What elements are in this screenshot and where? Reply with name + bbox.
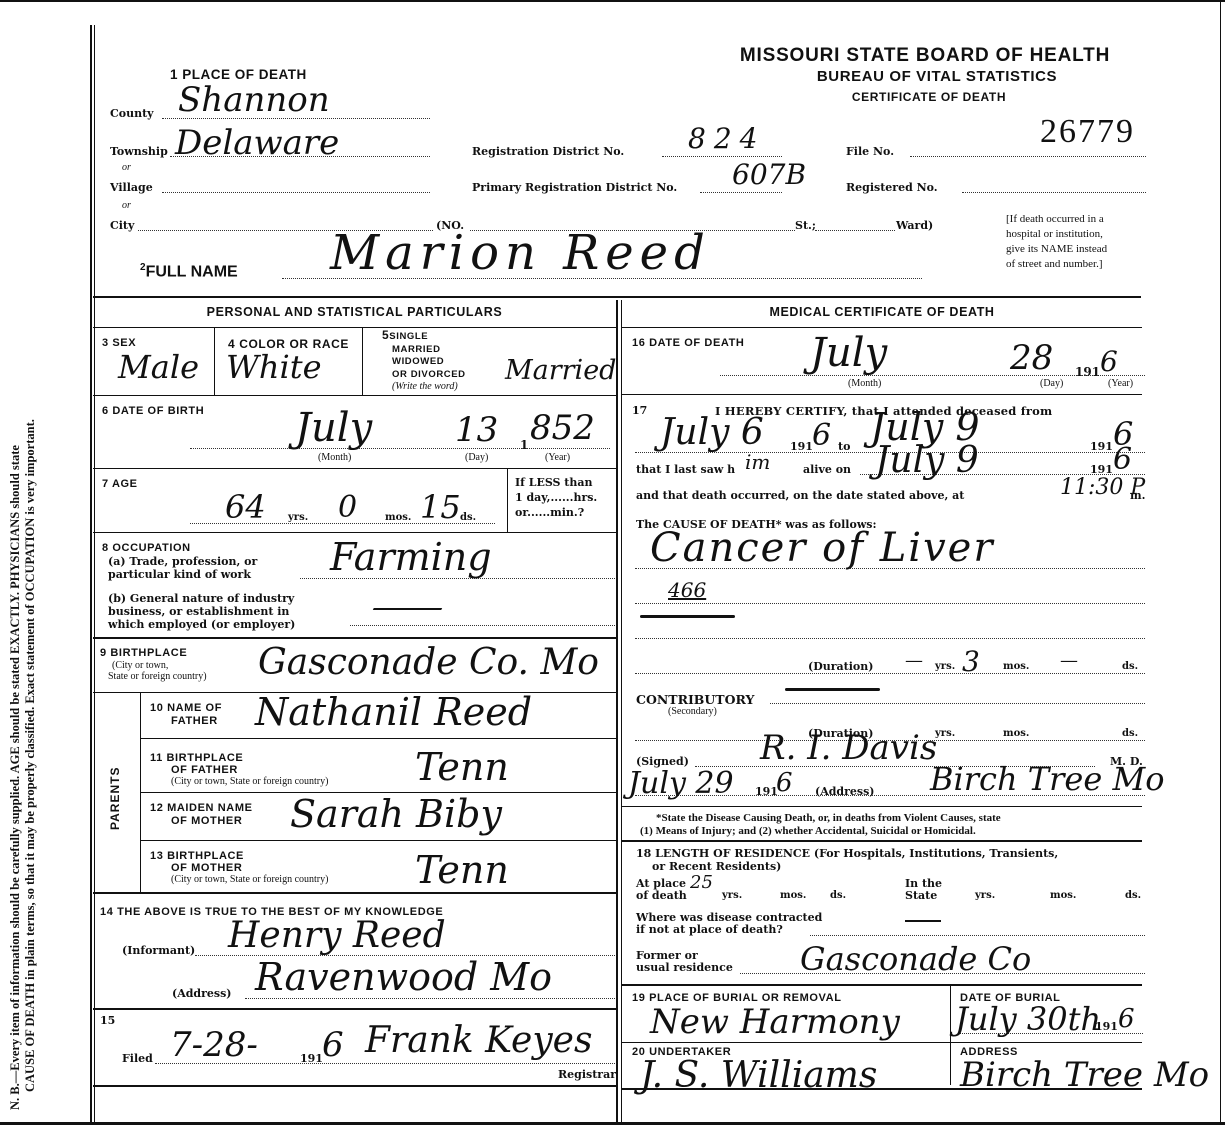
village-label: Village: [110, 181, 153, 194]
residence-label: 18 LENGTH OF RESIDENCE (For Hospitals, I…: [636, 847, 1058, 860]
mother-name-value: Sarah Biby: [290, 792, 502, 836]
primary-reg-line: [700, 192, 782, 193]
township-value: Delaware: [175, 123, 339, 163]
occ-b-line: (b) General nature of industry: [108, 592, 295, 605]
filed-label: Filed: [122, 1052, 153, 1065]
marital-option: SINGLE: [389, 331, 428, 342]
day-hint: (Day): [1040, 378, 1063, 389]
occ-b-line: which employed (or employer): [108, 618, 295, 631]
signed-year-prefix: 191: [755, 785, 778, 798]
marital-status-options: 5SINGLE MARRIED WIDOWED OR DIVORCED (Wri…: [382, 329, 466, 394]
rule: [622, 1042, 1142, 1043]
personal-section-title: PERSONAL AND STATISTICAL PARTICULARS: [93, 305, 616, 319]
ds-label: ds.: [1122, 661, 1138, 672]
registered-no-line: [962, 192, 1146, 193]
mother-birthplace-value: Tenn: [415, 848, 509, 892]
hospital-note-line: of street and number.]: [1006, 257, 1148, 272]
rule: [622, 1088, 1142, 1090]
or-label-1: or: [122, 162, 131, 173]
birthplace-label: 9 BIRTHPLACE: [100, 647, 187, 659]
left-border: [90, 25, 92, 1125]
occupation-b-value: —: [370, 590, 445, 625]
ds-label: ds.: [1125, 890, 1141, 901]
former-line: usual residence: [636, 962, 733, 974]
rule: [140, 840, 616, 841]
ds-label: ds.: [830, 890, 846, 901]
attended-from-year-prefix: 191: [790, 440, 813, 453]
dod-year-prefix: 191: [1075, 365, 1100, 379]
burial-year: 6: [1118, 1004, 1135, 1034]
registration-district-label: Registration District No.: [472, 145, 624, 158]
document-title: CERTIFICATE OF DEATH: [700, 90, 1150, 104]
attended-from-date: July 6: [660, 412, 764, 453]
last-saw-year: 6: [1113, 442, 1132, 477]
marital-option: OR DIVORCED: [382, 369, 466, 382]
mos-label: mos.: [780, 890, 806, 901]
mother-birthplace-label: 13 BIRTHPLACE OF MOTHER (City or town, S…: [150, 850, 328, 886]
race-value: White: [226, 348, 322, 386]
yrs-label: yrs.: [722, 890, 742, 901]
rule: [507, 468, 508, 532]
filed-year: 6: [322, 1025, 344, 1065]
sex-value: Male: [118, 348, 199, 386]
signed-year: 6: [776, 768, 793, 798]
residence-label-2: or Recent Residents): [652, 860, 781, 873]
footnote-line: *State the Disease Causing Death, or, in…: [640, 812, 1001, 825]
rule: [93, 395, 616, 396]
occ-a-line: particular kind of work: [108, 568, 257, 581]
registrar-signature: Frank Keyes: [365, 1020, 592, 1061]
dob-label: 6 DATE OF BIRTH: [102, 405, 204, 417]
full-name-value: Marion Reed: [330, 225, 711, 281]
cause-of-death-value: Cancer of Liver: [650, 525, 994, 571]
last-saw-date: July 9: [875, 440, 979, 481]
registrar-label: Registrar: [558, 1068, 616, 1081]
ds-label: ds.: [460, 512, 476, 523]
hospital-note: [If death occurred in a hospital or inst…: [1006, 212, 1148, 272]
cause-line-2: [635, 603, 1145, 604]
duration-years: —: [905, 650, 923, 671]
rule: [140, 738, 616, 739]
right-edge: [1220, 0, 1221, 1125]
rule: [93, 468, 616, 469]
rule: [950, 985, 951, 1085]
occupation-label: 8 OCCUPATION: [102, 542, 191, 554]
dash-mark: [640, 615, 735, 618]
less-than-day: If LESS than 1 day,......hrs. or......mi…: [515, 475, 597, 520]
informant-label: (Informant): [122, 944, 195, 957]
rule: [622, 327, 1142, 328]
reg-district-line: [662, 156, 782, 157]
cause-line-3: [635, 638, 1145, 639]
father-label-line: FATHER: [150, 715, 222, 728]
dob-day: 13: [455, 410, 498, 450]
marital-option: WIDOWED: [382, 356, 466, 369]
bureau-title: BUREAU OF VITAL STATISTICS: [700, 68, 1150, 85]
marital-value: Married: [505, 355, 616, 386]
file-no-value: 26779: [1040, 113, 1135, 151]
full-name-label: 2FULL NAME: [140, 262, 238, 281]
file-no-line: [910, 156, 1146, 157]
mother-label-line: 12 MAIDEN NAME: [150, 802, 253, 815]
to-label: to: [838, 440, 850, 453]
column-divider-inner: [621, 300, 622, 1122]
filed-date: 7-28-: [170, 1025, 258, 1065]
mother-label-line: OF MOTHER: [150, 815, 253, 828]
birthplace-value: Gasconade Co. Mo: [258, 642, 599, 683]
physician-address-value: Birch Tree Mo: [930, 760, 1164, 798]
dod-year: 6: [1100, 345, 1118, 378]
mother-bp-label-line: 13 BIRTHPLACE: [150, 850, 328, 862]
birthplace-hint-line: (City or town,: [108, 660, 207, 671]
column-divider: [616, 300, 618, 1122]
informant-address-value: Ravenwood Mo: [255, 955, 552, 999]
contracted-dash: [905, 920, 941, 922]
rule: [214, 328, 215, 395]
cause-footnote: *State the Disease Causing Death, or, in…: [640, 812, 1001, 838]
dod-label: 16 DATE OF DEATH: [632, 337, 744, 349]
medical-section-title: MEDICAL CERTIFICATE OF DEATH: [622, 305, 1142, 319]
less-than-line: 1 day,......hrs.: [515, 490, 597, 505]
month-hint: (Month): [318, 452, 351, 463]
mos-label: mos.: [1003, 728, 1029, 739]
father-birthplace-label: 11 BIRTHPLACE OF FATHER (City or town, S…: [150, 752, 328, 788]
month-hint: (Month): [848, 378, 881, 389]
side-instruction-note: N. B.—Every item of information should b…: [8, 30, 38, 1110]
less-than-line: If LESS than: [515, 475, 597, 490]
mos-label: mos.: [385, 512, 411, 523]
footnote-line: (1) Means of Injury; and (2) whether Acc…: [640, 825, 1001, 838]
dob-year-prefix: 1: [520, 438, 528, 452]
county-value: Shannon: [178, 80, 330, 120]
birthplace-hint: (City or town, State or foreign country): [108, 660, 207, 682]
primary-registration-label: Primary Registration District No.: [472, 181, 677, 194]
informant-address-label: (Address): [172, 987, 232, 1000]
agency-title: MISSOURI STATE BOARD OF HEALTH: [700, 45, 1150, 67]
father-name-label: 10 NAME OF FATHER: [150, 702, 222, 728]
side-note-line-2: CAUSE OF DEATH in plain terms, so that i…: [23, 30, 38, 1110]
rule: [622, 840, 1142, 842]
attended-from-year: 6: [812, 418, 831, 453]
age-days: 15: [420, 488, 461, 526]
contracted-label: Where was disease contracted if not at p…: [636, 912, 822, 936]
age-months: 0: [338, 490, 357, 525]
certify-number: 17: [632, 404, 647, 417]
ds-label: ds.: [1122, 728, 1138, 739]
age-label: 7 AGE: [102, 478, 138, 490]
year-hint: (Year): [1108, 378, 1133, 389]
rule: [622, 806, 1142, 807]
mother-bp-label-line: OF MOTHER: [150, 862, 328, 874]
marital-option: MARRIED: [382, 344, 466, 357]
occ-b-line: business, or establishment in: [108, 605, 295, 618]
hospital-note-line: hospital or institution,: [1006, 227, 1148, 242]
father-birthplace-value: Tenn: [415, 745, 509, 789]
county-label: County: [110, 107, 154, 120]
mos-label: mos.: [1050, 890, 1076, 901]
full-name-text: FULL NAME: [146, 263, 238, 280]
yrs-label: yrs.: [935, 661, 955, 672]
duration-days: —: [1060, 650, 1078, 671]
father-name-value: Nathanil Reed: [255, 690, 532, 734]
physician-address-label: (Address): [815, 785, 875, 798]
rule: [93, 327, 616, 328]
rule: [622, 984, 1142, 986]
year-hint: (Year): [545, 452, 570, 463]
yrs-label: yrs.: [935, 728, 955, 739]
death-time-label: and that death occurred, on the date sta…: [636, 489, 964, 502]
dob-year: 852: [530, 408, 595, 448]
village-line: [162, 192, 430, 193]
contributory-line: [770, 703, 1145, 704]
rule: [93, 892, 616, 894]
father-label-line: 10 NAME OF: [150, 702, 222, 715]
former-residence-value: Gasconade Co: [800, 940, 1031, 978]
duration-months: 3: [962, 645, 980, 678]
at-place-label: At place of death: [636, 878, 687, 902]
occ-b-line-fill: [350, 625, 615, 626]
parents-label: PARENTS: [108, 767, 122, 830]
at-place-years: 25: [690, 872, 713, 893]
in-state-label: In the State: [905, 878, 942, 902]
dod-day: 28: [1010, 338, 1053, 378]
township-label: Township: [110, 145, 168, 158]
hospital-note-line: give its NAME instead: [1006, 242, 1148, 257]
top-edge: [0, 0, 1225, 2]
father-bp-hint: (City or town, State or foreign country): [150, 776, 328, 788]
dob-month: July: [295, 405, 372, 451]
death-time-suffix: m.: [1130, 489, 1145, 502]
dob-line: [190, 448, 610, 449]
mos-label: mos.: [1003, 661, 1029, 672]
ward-label: Ward): [896, 219, 933, 232]
yrs-label: yrs.: [975, 890, 995, 901]
father-bp-label-line: OF FATHER: [150, 764, 328, 776]
filed-year-prefix: 191: [300, 1052, 323, 1065]
or-label-2: or: [122, 200, 131, 211]
yrs-label: yrs.: [288, 512, 308, 523]
alive-on-label: alive on: [803, 463, 851, 476]
rule: [622, 394, 1142, 395]
physician-signature: R. I. Davis: [760, 728, 937, 768]
father-bp-label-line: 11 BIRTHPLACE: [150, 752, 328, 764]
attended-to-year-prefix: 191: [1090, 440, 1113, 453]
ward-line: [815, 230, 895, 231]
informant-value: Henry Reed: [228, 915, 446, 956]
registered-no-label: Registered No.: [846, 181, 938, 194]
rule: [93, 532, 616, 533]
rule: [362, 328, 363, 395]
burial-date-value: July 30th: [955, 1000, 1101, 1038]
street-label: St.;: [795, 219, 816, 232]
header-divider: [93, 296, 1141, 298]
age-years: 64: [225, 488, 266, 526]
rule: [93, 1085, 616, 1087]
occupation-value: Farming: [330, 535, 492, 579]
duration-label: (Duration): [808, 660, 873, 673]
dod-month: July: [810, 330, 887, 376]
in-state-line: State: [905, 890, 942, 902]
filed-number: 15: [100, 1014, 115, 1027]
less-than-line: or......min.?: [515, 505, 597, 520]
burial-year-prefix: 191: [1095, 1020, 1118, 1033]
contributory-hint: (Secondary): [668, 706, 717, 717]
occupation-b-label: (b) General nature of industry business,…: [108, 592, 295, 631]
occupation-a-label: (a) Trade, profession, or particular kin…: [108, 555, 257, 581]
mother-name-label: 12 MAIDEN NAME OF MOTHER: [150, 802, 253, 828]
at-place-line: of death: [636, 890, 687, 902]
contributory-label: CONTRIBUTORY: [636, 692, 754, 707]
primary-registration-value: 607B: [732, 158, 806, 191]
last-saw-label: that I last saw h: [636, 463, 735, 476]
last-saw-pronoun: im: [745, 450, 770, 474]
rule: [93, 637, 616, 639]
cause-code: 466: [668, 578, 706, 602]
mother-bp-hint: (City or town, State or foreign country): [150, 874, 328, 886]
hospital-note-line: [If death occurred in a: [1006, 212, 1148, 227]
duration-line: [635, 673, 1145, 674]
occ-a-line: (a) Trade, profession, or: [108, 555, 257, 568]
left-border-inner: [94, 25, 95, 1125]
contributory-dash: [785, 688, 880, 691]
side-note-line-1: N. B.—Every item of information should b…: [8, 30, 23, 1110]
marital-hint: (Write the word): [382, 381, 466, 394]
birthplace-hint-line: State or foreign country): [108, 671, 207, 682]
signed-date: July 29: [628, 766, 734, 801]
contracted-line: if not at place of death?: [636, 924, 822, 936]
burial-place-value: New Harmony: [650, 1002, 900, 1042]
contracted-fill: [810, 935, 1145, 936]
registration-district-value: 824: [688, 122, 765, 155]
certificate-header: MISSOURI STATE BOARD OF HEALTH BUREAU OF…: [700, 45, 1150, 104]
rule: [93, 1008, 616, 1010]
file-no-label: File No.: [846, 145, 894, 158]
day-hint: (Day): [465, 452, 488, 463]
city-label: City: [110, 219, 134, 232]
former-residence-label: Former or usual residence: [636, 950, 733, 974]
